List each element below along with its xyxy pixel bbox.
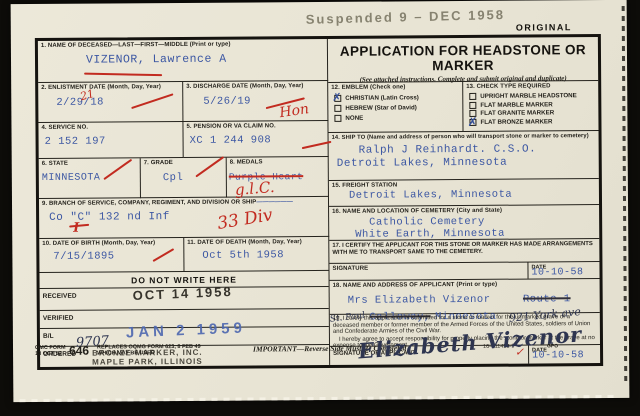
check-mark: ✗ (332, 91, 341, 104)
field-freight-station: 15. FREIGHT STATION Detroit Lakes, Minne… (329, 179, 599, 207)
option-label: NONE (345, 115, 363, 122)
type-option-flat-marble: FLAT MARBLE MARKER (469, 101, 598, 109)
ship-to-line2: Detroit Lakes, Minnesota (329, 156, 599, 170)
field-ship-to: 14. SHIP TO (Name and address of person … (329, 131, 599, 181)
suspended-stamp: Suspended 9 – DEC 1958 (306, 7, 506, 27)
field-label: 13. CHECK TYPE REQUIRED (463, 81, 598, 91)
form-paper: Suspended 9 – DEC 1958 ORIGINAL 1. NAME … (11, 0, 630, 402)
applicant-name-value: Mrs Elizabeth Vizenor (330, 294, 491, 307)
form-number: 646 (69, 344, 89, 358)
branch-label-text: 9. BRANCH OF SERVICE, COMPANY, REGIMENT,… (42, 199, 256, 206)
service-no-value: 2 152 197 (39, 135, 183, 148)
field-label: 14. SHIP TO (Name and address of person … (329, 131, 599, 142)
option-label: FLAT BRONZE MARKER (480, 118, 552, 126)
checkbox (334, 115, 341, 122)
field-label: 3. DISCHARGE DATE (Month, Day, Year) (183, 81, 327, 91)
check-mark: ✗ (467, 114, 477, 128)
company-correction: I (73, 221, 79, 236)
field-transport-certification: 17. I CERTIFY THE APPLICANT FOR THIS STO… (329, 239, 599, 281)
form-title: APPLICATION FOR HEADSTONE OR MARKER (328, 42, 598, 74)
division-note: 33 Div (216, 205, 274, 234)
transport-date-box: DATE 10-10-58 (527, 262, 599, 279)
type-option-upright-marble: UPRIGHT MARBLE HEADSTONE (469, 92, 598, 100)
field-date-of-death: 11. DATE OF DEATH (Month, Day, Year) Oct… (184, 237, 329, 272)
field-label: 10. DATE OF BIRTH (Month, Day, Year) (39, 238, 183, 248)
field-enlistment-date: 2. ENLISTMENT DATE (Month, Day, Year) 2/… (38, 82, 183, 123)
option-label: CHRISTIAN (Latin Cross) (345, 94, 419, 102)
applicant-route-struck: Route 1 (495, 293, 571, 306)
ship-to-line1: Ralph J Reinhardt. C.S.O. (329, 143, 599, 157)
field-label: 16. NAME AND LOCATION OF CEMETERY (City … (329, 205, 599, 216)
red-underline (84, 73, 162, 76)
field-emblem: 12. EMBLEM (Check one) ✗ CHRISTIAN (Lati… (328, 82, 463, 133)
honorable-note: Hon (278, 101, 310, 121)
field-discharge-date: 3. DISCHARGE DATE (Month, Day, Year) 5/2… (183, 81, 328, 122)
field-label: 2. ENLISTMENT DATE (Month, Day, Year) (38, 82, 182, 92)
freight-station-value: Detroit Lakes, Minnesota (329, 188, 599, 202)
field-type-required: 13. CHECK TYPE REQUIRED UPRIGHT MARBLE H… (463, 81, 598, 132)
emblem-option-christian: ✗ CHRISTIAN (Latin Cross) (334, 94, 462, 102)
deceased-name-value: VIZENOR, Lawrence A (38, 52, 327, 67)
field-grade: 7. GRADE Cpl (141, 158, 227, 199)
field-medals: 8. MEDALS Purple Heart g.l.C. (227, 157, 329, 198)
emblem-option-hebrew: HEBREW (Star of David) (334, 104, 462, 112)
field-state: 6. STATE MINNESOTA (39, 158, 141, 199)
field-date-of-birth: 10. DATE OF BIRTH (Month, Day, Year) 7/1… (39, 238, 184, 273)
field-label: 4. SERVICE NO. (38, 122, 182, 132)
option-label: FLAT MARBLE MARKER (480, 101, 552, 109)
checkbox (469, 93, 476, 100)
field-service-no: 4. SERVICE NO. 2 152 197 (38, 122, 183, 159)
checkbox (334, 105, 341, 112)
field-label: 12. EMBLEM (Check one) (328, 82, 462, 92)
replaces-line2: WHICH MAY BE USED (97, 350, 201, 357)
emblem-option-none: NONE (334, 114, 462, 122)
perforation-right (622, 6, 628, 386)
medals-red-note: g.l.C. (234, 178, 275, 199)
claim-no-value: XC 1 244 908 (184, 134, 328, 147)
type-option-flat-granite: FLAT GRANITE MARKER (469, 109, 598, 117)
headstone-application-form: 1. NAME OF DECEASED—LAST—FIRST—MIDDLE (P… (35, 34, 603, 370)
transport-cert-text: 17. I CERTIFY THE APPLICANT FOR THIS STO… (329, 239, 599, 256)
field-label: 1. NAME OF DECEASED—LAST—FIRST—MIDDLE (P… (38, 39, 327, 50)
grade-value: Cpl (141, 172, 226, 185)
field-label: 8. MEDALS (227, 157, 328, 167)
form-code: QMC FORM 13 OCT 52 (35, 345, 66, 357)
form-title-block: APPLICATION FOR HEADSTONE OR MARKER (See… (328, 37, 598, 83)
state-value: MINNESOTA (39, 172, 140, 184)
field-label: 11. DATE OF DEATH (Month, Day, Year) (184, 237, 328, 247)
type-option-flat-bronze: ✗ FLAT BRONZE MARKER (469, 118, 598, 126)
replaces-note: REPLACES OQMG FORM 623, 8 FEB 49 WHICH M… (97, 344, 201, 357)
branch-value: Co "C" 132 nd Inf (39, 210, 328, 224)
field-label: 5. PENSION OR VA CLAIM NO. (183, 121, 327, 131)
form-code-line2: 13 OCT 52 (35, 351, 66, 357)
transport-date-value: 10-10-58 (528, 267, 599, 278)
option-label: FLAT GRANITE MARKER (480, 109, 554, 117)
scanned-document: Suspended 9 – DEC 1958 ORIGINAL 1. NAME … (0, 0, 640, 416)
option-label: UPRIGHT MARBLE HEADSTONE (480, 92, 577, 100)
field-name-of-deceased: 1. NAME OF DECEASED—LAST—FIRST—MIDDLE (P… (38, 39, 328, 83)
transport-signature-row: SIGNATURE DATE 10-10-58 (329, 261, 599, 280)
option-label: HEBREW (Star of David) (345, 104, 417, 111)
field-claim-no: 5. PENSION OR VA CLAIM NO. XC 1 244 908 (183, 121, 328, 158)
field-cemetery: 16. NAME AND LOCATION OF CEMETERY (City … (329, 205, 599, 241)
typed-dash-line: —————— (256, 199, 293, 205)
death-date-value: Oct 5th 1958 (184, 249, 328, 262)
field-label: 9. BRANCH OF SERVICE, COMPANY, REGIMENT,… (39, 197, 328, 208)
perforation-bottom (19, 395, 619, 402)
field-applicant-address: 18. NAME AND ADDRESS OF APPLICANT (Print… (330, 279, 600, 315)
original-label: ORIGINAL (516, 22, 572, 32)
checkbox (469, 101, 476, 108)
field-branch-of-service: 9. BRANCH OF SERVICE, COMPANY, REGIMENT,… (39, 197, 329, 239)
verified-label: VERIFIED (40, 309, 329, 322)
